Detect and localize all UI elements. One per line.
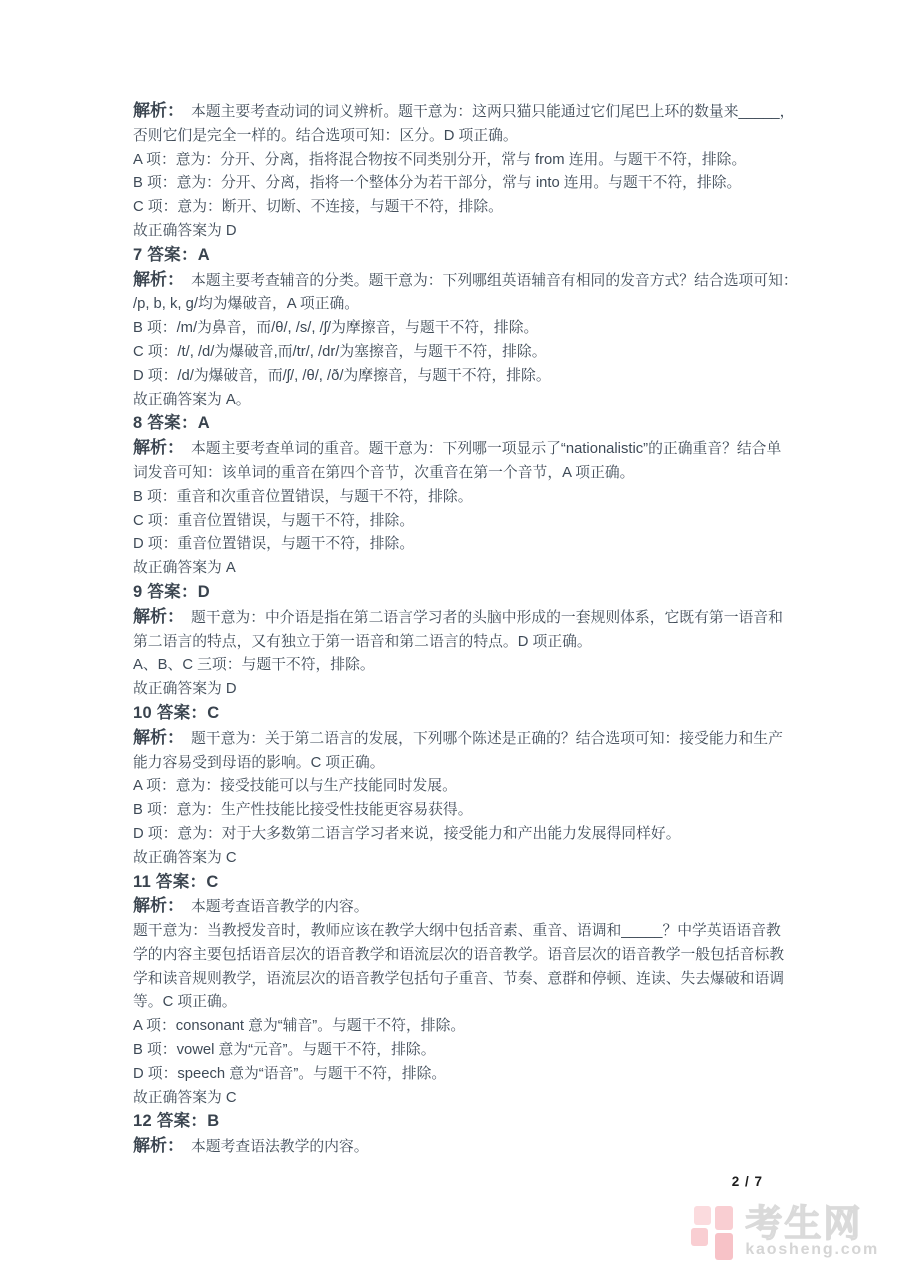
text-line: A 项：意为：接受技能可以与生产技能同时发展。 [133,775,778,799]
text-line: 学的内容主要包括语音层次的语音教学和语流层次的语音教学。语音层次的语音教学一般包… [133,944,778,968]
document-page: 解析：本题主要考查动词的词义辨析。题干意为：这两只猫只能通过它们尾巴上环的数量来… [0,0,900,1273]
analysis-label: 解析： [133,1136,184,1155]
logo-block-bottom-left [691,1228,708,1246]
answer-heading: 9 答案：D [133,581,778,605]
text-line: 能力容易受到母语的影响。C 项正确。 [133,752,778,776]
text-line: A 项：意为：分开、分离，指将混合物按不同类别分开，常与 from 连用。与题干… [133,149,778,173]
text-line: B 项：vowel 意为“元音”。与题干不符，排除。 [133,1039,778,1063]
text-line: B 项：/m/为鼻音，而/θ/, /s/, /ʃ/为摩擦音，与题干不符，排除。 [133,317,778,341]
text-line: 解析：本题主要考查动词的词义辨析。题干意为：这两只猫只能通过它们尾巴上环的数量来… [133,99,778,125]
text-line: A、B、C 三项：与题干不符，排除。 [133,654,778,678]
text-line: 解析：本题主要考查辅音的分类。题干意为：下列哪组英语辅音有相同的发音方式？结合选… [133,268,778,294]
analysis-label: 解析： [133,438,184,457]
kaosheng-logo-text: 考生网 kaosheng.com [745,1203,879,1259]
text-line: D 项：重音位置错误，与题干不符，排除。 [133,533,778,557]
text-line: 否则它们是完全一样的。结合选项可知：区分。D 项正确。 [133,125,778,149]
text-line: 解析：题干意为：关于第二语言的发展，下列哪个陈述是正确的？结合选项可知：接受能力… [133,726,778,752]
text-line: D 项：speech 意为“语音”。与题干不符，排除。 [133,1063,778,1087]
analysis-label: 解析： [133,101,184,120]
logo-block-top-right [715,1206,733,1230]
text-line: 解析：本题考查语法教学的内容。 [133,1134,778,1160]
text-line: /p, b, k, g/均为爆破音，A 项正确。 [133,293,778,317]
text-line: 解析：本题考查语音教学的内容。 [133,894,778,920]
text-line: 故正确答案为 C [133,1087,778,1111]
text-line: 解析：本题主要考查单词的重音。题干意为：下列哪一项显示了“nationalist… [133,436,778,462]
text-line: 故正确答案为 D [133,678,778,702]
text-line: A 项：consonant 意为“辅音”。与题干不符，排除。 [133,1015,778,1039]
text-line: 故正确答案为 A [133,557,778,581]
page-number: 2 / 7 [732,1174,763,1189]
answer-heading: 8 答案：A [133,412,778,436]
answer-heading: 10 答案：C [133,702,778,726]
text-line: 第二语言的特点，又有独立于第一语音和第二语言的特点。D 项正确。 [133,631,778,655]
text-line: 解析：题干意为：中介语是指在第二语言学习者的头脑中形成的一套规则体系，它既有第一… [133,605,778,631]
answer-heading: 11 答案：C [133,871,778,895]
analysis-label: 解析： [133,728,184,747]
answer-heading: 12 答案：B [133,1110,778,1134]
logo-block-bottom-right [715,1233,733,1260]
kaosheng-domain-text: kaosheng.com [745,1241,879,1259]
answer-key-content: 解析：本题主要考查动词的词义辨析。题干意为：这两只猫只能通过它们尾巴上环的数量来… [133,99,778,1160]
text-line: 题干意为：当教授发音时，教师应该在教学大纲中包括音素、重音、语调和_____？中… [133,920,778,944]
answer-heading: 7 答案：A [133,244,778,268]
text-line: B 项：意为：分开、分离，指将一个整体分为若干部分，常与 into 连用。与题干… [133,172,778,196]
text-line: B 项：意为：生产性技能比接受性技能更容易获得。 [133,799,778,823]
kaosheng-brand-text: 考生网 [745,1204,879,1244]
text-line: 故正确答案为 C [133,847,778,871]
text-line: 故正确答案为 D [133,220,778,244]
kaosheng-logo-icon [691,1203,736,1260]
kaosheng-watermark: 考生网 kaosheng.com [691,1203,879,1260]
text-line: 词发音可知：该单词的重音在第四个音节，次重音在第一个音节，A 项正确。 [133,462,778,486]
analysis-label: 解析： [133,607,184,626]
analysis-label: 解析： [133,896,184,915]
analysis-label: 解析： [133,270,184,289]
logo-block-top-left [694,1206,711,1225]
text-line: D 项：/d/为爆破音，而/ʃ/, /θ/, /ð/为摩擦音，与题干不符，排除。 [133,365,778,389]
text-line: C 项：/t/, /d/为爆破音,而/tr/, /dr/为塞擦音，与题干不符，排… [133,341,778,365]
text-line: D 项：意为：对于大多数第二语言学习者来说，接受能力和产出能力发展得同样好。 [133,823,778,847]
text-line: C 项：重音位置错误，与题干不符，排除。 [133,510,778,534]
text-line: 故正确答案为 A。 [133,389,778,413]
text-line: C 项：意为：断开、切断、不连接，与题干不符，排除。 [133,196,778,220]
text-line: B 项：重音和次重音位置错误，与题干不符，排除。 [133,486,778,510]
text-line: 等。C 项正确。 [133,991,778,1015]
text-line: 学和读音规则教学，语流层次的语音教学包括句子重音、节奏、意群和停顿、连读、失去爆… [133,968,778,992]
